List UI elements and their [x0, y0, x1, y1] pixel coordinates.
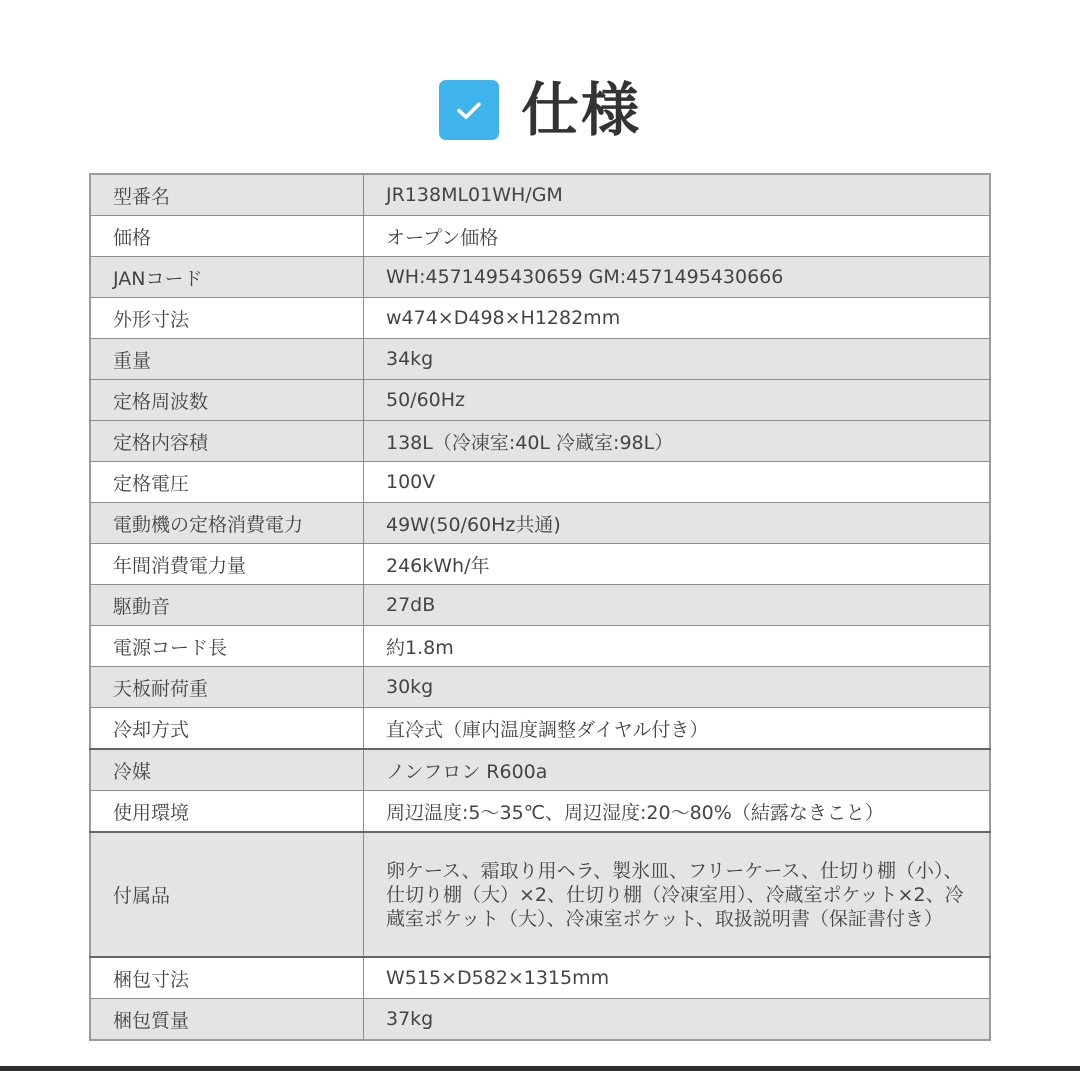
page-header: 仕様 — [0, 70, 1080, 150]
spec-value: 約1.8m — [364, 626, 991, 667]
spec-value: 27dB — [364, 585, 991, 626]
spec-value: 30kg — [364, 667, 991, 708]
spec-label: 駆動音 — [90, 585, 364, 626]
spec-value: 100V — [364, 462, 991, 503]
table-row: 付属品 卵ケース、霜取り用ヘラ、製氷皿、フリーケース、仕切り棚（小）、仕切り棚（… — [90, 832, 990, 957]
spec-value: w474×D498×H1282mm — [364, 298, 991, 339]
table-row: 定格周波数 50/60Hz — [90, 380, 990, 421]
spec-value: 直冷式（庫内温度調整ダイヤル付き） — [364, 708, 991, 750]
spec-label: 付属品 — [90, 832, 364, 957]
spec-label: 冷却方式 — [90, 708, 364, 750]
table-row: 使用環境 周辺温度:5～35℃、周辺湿度:20～80%（結露なきこと） — [90, 791, 990, 833]
table-row: 冷媒 ノンフロン R600a — [90, 749, 990, 791]
table-row: 梱包寸法 W515×D582×1315mm — [90, 957, 990, 999]
table-row: 定格電圧 100V — [90, 462, 990, 503]
spec-label: 天板耐荷重 — [90, 667, 364, 708]
table-row: JANコード WH:4571495430659 GM:4571495430666 — [90, 257, 990, 298]
spec-label: 梱包寸法 — [90, 957, 364, 999]
spec-label: 定格内容積 — [90, 421, 364, 462]
table-row: 価格 オープン価格 — [90, 216, 990, 257]
spec-value: W515×D582×1315mm — [364, 957, 991, 999]
table-row: 天板耐荷重 30kg — [90, 667, 990, 708]
spec-value: 49W(50/60Hz共通) — [364, 503, 991, 544]
spec-label: JANコード — [90, 257, 364, 298]
spec-value: オープン価格 — [364, 216, 991, 257]
spec-value: JR138ML01WH/GM — [364, 174, 991, 216]
spec-value: 卵ケース、霜取り用ヘラ、製氷皿、フリーケース、仕切り棚（小）、仕切り棚（大）×2… — [364, 832, 991, 957]
spec-value: ノンフロン R600a — [364, 749, 991, 791]
table-row: 型番名 JR138ML01WH/GM — [90, 174, 990, 216]
table-row: 定格内容積 138L（冷凍室:40L 冷蔵室:98L） — [90, 421, 990, 462]
table-row: 電源コード長 約1.8m — [90, 626, 990, 667]
spec-value: 138L（冷凍室:40L 冷蔵室:98L） — [364, 421, 991, 462]
spec-value: 246kWh/年 — [364, 544, 991, 585]
spec-value: 50/60Hz — [364, 380, 991, 421]
spec-label: 定格電圧 — [90, 462, 364, 503]
spec-label: 電源コード長 — [90, 626, 364, 667]
spec-value: 34kg — [364, 339, 991, 380]
table-row: 梱包質量 37kg — [90, 999, 990, 1041]
spec-label: 電動機の定格消費電力 — [90, 503, 364, 544]
checkbox-checked-icon — [439, 80, 499, 140]
table-row: 冷却方式 直冷式（庫内温度調整ダイヤル付き） — [90, 708, 990, 750]
spec-value: 37kg — [364, 999, 991, 1041]
table-row: 外形寸法 w474×D498×H1282mm — [90, 298, 990, 339]
spec-value: WH:4571495430659 GM:4571495430666 — [364, 257, 991, 298]
spec-label: 使用環境 — [90, 791, 364, 833]
spec-label: 年間消費電力量 — [90, 544, 364, 585]
spec-label: 定格周波数 — [90, 380, 364, 421]
spec-table: 型番名 JR138ML01WH/GM 価格 オープン価格 JANコード WH:4… — [89, 173, 991, 1041]
spec-label: 冷媒 — [90, 749, 364, 791]
page-title: 仕様 — [521, 81, 641, 139]
spec-label: 価格 — [90, 216, 364, 257]
spec-value: 周辺温度:5～35℃、周辺湿度:20～80%（結露なきこと） — [364, 791, 991, 833]
table-row: 駆動音 27dB — [90, 585, 990, 626]
spec-label: 外形寸法 — [90, 298, 364, 339]
table-row: 電動機の定格消費電力 49W(50/60Hz共通) — [90, 503, 990, 544]
bottom-divider — [0, 1066, 1080, 1071]
table-row: 重量 34kg — [90, 339, 990, 380]
spec-label: 梱包質量 — [90, 999, 364, 1041]
spec-label: 重量 — [90, 339, 364, 380]
table-row: 年間消費電力量 246kWh/年 — [90, 544, 990, 585]
spec-label: 型番名 — [90, 174, 364, 216]
